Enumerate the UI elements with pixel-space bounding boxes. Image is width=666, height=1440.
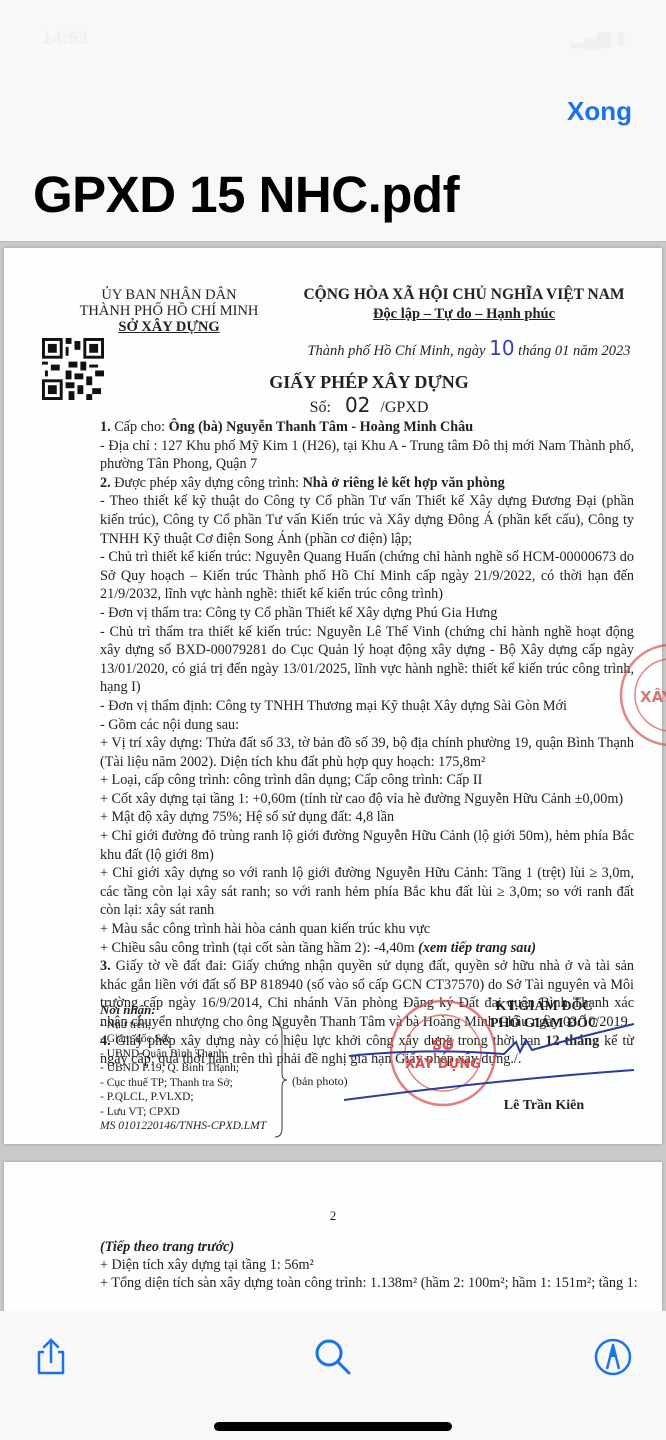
- permit-paragraph: - Chủ trì thẩm tra thiết kế kiến trúc: N…: [100, 623, 634, 697]
- permit-paragraph: + Chiều sâu công trình (tại cốt sàn tầng…: [100, 939, 634, 958]
- home-indicator[interactable]: [214, 1422, 452, 1431]
- agency-line: SỞ XÂY DỰNG: [64, 319, 274, 335]
- issue-date: Thành phố Hồ Chí Minh, ngày 10 tháng 01 …: [304, 336, 634, 360]
- page-number: 2: [4, 1208, 662, 1224]
- motto: Độc lập – Tự do – Hạnh phúc: [294, 306, 634, 323]
- done-button[interactable]: Xong: [567, 96, 632, 127]
- agency-line: THÀNH PHỐ HỒ CHÍ MINH: [64, 303, 274, 319]
- status-bar: 14:53 ▂▄▆ ▮: [0, 0, 666, 80]
- pdf-viewer[interactable]: ỦY BAN NHÂN DÂN THÀNH PHỐ HỒ CHÍ MINH SỞ…: [0, 241, 666, 1312]
- permit-paragraph: 2. Được phép xây dựng công trình: Nhà ở …: [100, 474, 634, 493]
- recipient: - UBND Quận Bình Thạnh;: [100, 1047, 300, 1062]
- recipients-heading: Nơi nhận:: [100, 1003, 300, 1018]
- permit-paragraph: - Đơn vị thẩm định: Công ty TNHH Thương …: [100, 697, 634, 716]
- page2-body: (Tiếp theo trang trước) + Diện tích xây …: [100, 1238, 640, 1292]
- status-time: 14:53: [42, 28, 88, 49]
- permit-paragraph: - Địa chỉ : 127 Khu phố Mỹ Kim 1 (H26), …: [100, 437, 634, 474]
- national-header: CỘNG HÒA XÃ HỘI CHỦ NGHĨA VIỆT NAM Độc l…: [294, 286, 634, 323]
- markup-icon[interactable]: [591, 1335, 635, 1379]
- permit-number: Số:02/GPXD: [204, 393, 534, 417]
- search-icon[interactable]: [311, 1335, 355, 1379]
- permit-paragraph: + Vị trí xây dựng: Thửa đất số 33, tờ bả…: [100, 734, 634, 771]
- share-icon[interactable]: [29, 1335, 73, 1379]
- recipient: - Như trên;: [100, 1018, 300, 1033]
- official-stamp-partial-icon: XÂY: [616, 640, 666, 750]
- pdf-page-1: ỦY BAN NHÂN DÂN THÀNH PHỐ HỒ CHÍ MINH SỞ…: [4, 248, 662, 1144]
- permit-paragraph: + Chỉ giới xây dựng so với ranh lộ giới …: [100, 864, 634, 920]
- ms-code: MS 0101220146/TNHS-CPXD.LMT: [100, 1119, 300, 1134]
- permit-paragraph: 1. Cấp cho: Ông (bà) Nguyễn Thanh Tâm - …: [100, 418, 634, 437]
- recipients-block: Nơi nhận: - Như trên; - Giám đốc Sở; - U…: [100, 1003, 300, 1134]
- bottom-toolbar: [0, 1311, 666, 1440]
- permit-body: 1. Cấp cho: Ông (bà) Nguyễn Thanh Tâm - …: [100, 418, 634, 1069]
- file-title: GPXD 15 NHC.pdf: [33, 165, 459, 224]
- agency-line: ỦY BAN NHÂN DÂN: [64, 287, 274, 303]
- qr-code-icon: [42, 338, 104, 400]
- permit-paragraph: + Loại, cấp công trình: công trình dân d…: [100, 771, 634, 790]
- permit-paragraph: - Gồm các nội dung sau:: [100, 716, 634, 735]
- permit-paragraph: - Chủ trì thiết kế kiến trúc: Nguyễn Qua…: [100, 548, 634, 604]
- pdf-page-2: 2 (Tiếp theo trang trước) + Diện tích xâ…: [4, 1162, 662, 1312]
- recipient: - Lưu VT; CPXD: [100, 1105, 300, 1120]
- status-icons: ▂▄▆ ▮: [571, 28, 626, 49]
- document-title: GIẤY PHÉP XÂY DỰNG: [204, 372, 534, 393]
- permit-paragraph: + Chỉ giới đường đỏ trùng ranh lộ giới đ…: [100, 827, 634, 864]
- permit-paragraph: - Theo thiết kế kỹ thuật do Công ty Cổ p…: [100, 492, 634, 548]
- brace-icon: [274, 1023, 288, 1138]
- issuing-agency: ỦY BAN NHÂN DÂN THÀNH PHỐ HỒ CHÍ MINH SỞ…: [64, 287, 274, 335]
- permit-paragraph: + Cốt xây dựng tại tầng 1: +0,60m (tính …: [100, 790, 634, 809]
- recipient: - UBND P.19, Q. Bình Thạnh;: [100, 1061, 300, 1076]
- recipient: - Cục thuế TP; Thanh tra Sở;: [100, 1076, 300, 1091]
- permit-paragraph: + Mật độ xây dựng 75%; Hệ số sử dụng đất…: [100, 808, 634, 827]
- nation-title: CỘNG HÒA XÃ HỘI CHỦ NGHĨA VIỆT NAM: [294, 286, 634, 304]
- permit-paragraph: - Đơn vị thẩm tra: Công ty Cổ phần Thiết…: [100, 604, 634, 623]
- recipient: - Giám đốc Sở;: [100, 1032, 300, 1047]
- page2-line: + Diện tích xây dựng tại tầng 1: 56m²: [100, 1256, 640, 1274]
- signer-name: Lê Trần Kiên: [444, 1098, 644, 1114]
- page2-line: + Tổng diện tích sàn xây dựng toàn công …: [100, 1274, 640, 1292]
- handwritten-day: 10: [489, 336, 514, 360]
- copy-note: (bản photo): [292, 1074, 348, 1089]
- continuation-note: (Tiếp theo trang trước): [100, 1238, 640, 1256]
- permit-paragraph: + Màu sắc công trình hài hòa cảnh quan k…: [100, 920, 634, 939]
- svg-text:XÂY: XÂY: [640, 687, 666, 706]
- recipient: - P.QLCL, P.VLXD;: [100, 1090, 300, 1105]
